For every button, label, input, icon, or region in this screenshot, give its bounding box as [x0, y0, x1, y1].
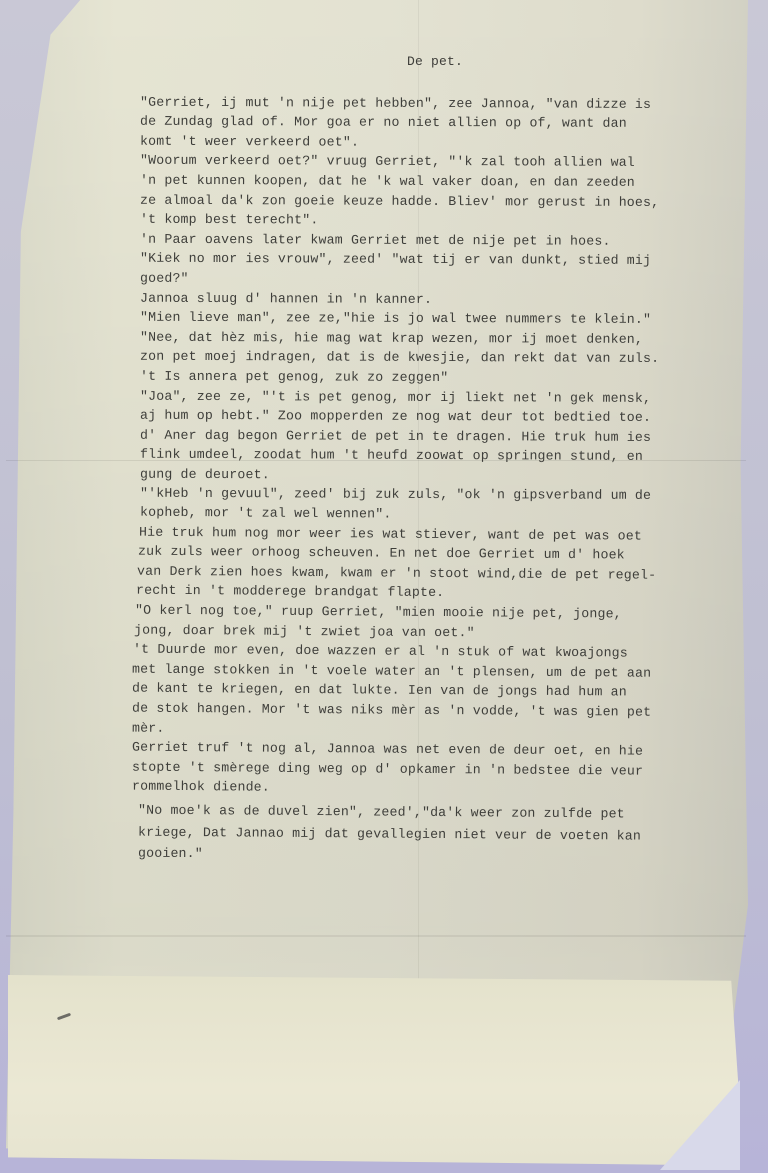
document-title: De pet.: [130, 52, 740, 72]
paper-fold-line: [6, 935, 746, 937]
paper-lower-fold: [8, 975, 746, 1165]
text-line: "Joa", zee ze, "'t is pet genog, mor ij …: [140, 386, 740, 408]
text-line: kriege, Dat Jannao mij dat gevallegien n…: [138, 822, 740, 846]
text-line: goed?": [140, 269, 740, 291]
text-line: rommelhok diende.: [132, 777, 740, 801]
text-line: zon pet moej indragen, dat is de kwesjie…: [140, 347, 740, 369]
text-line: "No moe'k as de duvel zien", zeed',"da'k…: [138, 801, 740, 825]
text-line: de Zundag glad of. Mor goa er no niet al…: [140, 112, 740, 134]
text-line: flink umdeel, zoodat hum 't heufd zoowat…: [140, 445, 740, 467]
text-line: 't Is annera pet genog, zuk zo zeggen": [140, 367, 740, 389]
text-line: "Woorum verkeerd oet?" vruug Gerriet, "'…: [140, 151, 740, 173]
text-line: "Mien lieve man", zee ze,"hie is jo wal …: [140, 308, 740, 330]
text-line: 'n pet kunnen koopen, dat he 'k wal vake…: [140, 171, 740, 193]
document-body: "Gerriet, ij mut 'n nije pet hebben", ze…: [140, 94, 740, 866]
text-line: gooien.": [138, 844, 740, 868]
typed-document: De pet. "Gerriet, ij mut 'n nije pet heb…: [140, 52, 740, 866]
text-line: 't komp best terecht".: [140, 210, 740, 232]
text-line: aj hum op hebt." Zoo mopperden ze nog wa…: [140, 406, 740, 428]
text-line: "Kiek no mor ies vrouw", zeed' "wat tij …: [140, 249, 740, 271]
